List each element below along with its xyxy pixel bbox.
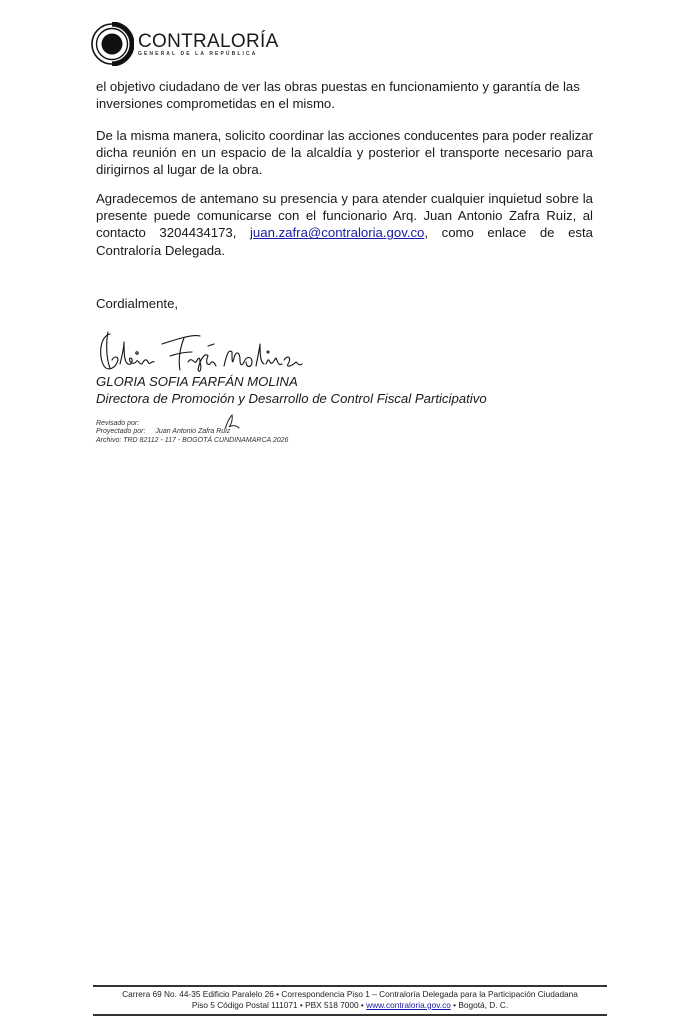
paragraph-contact: Agradecemos de antemano su presencia y p… <box>96 190 593 259</box>
contraloria-circle-logo-icon <box>90 22 134 66</box>
footer-line-2: Piso 5 Código Postal 111071 • PBX 518 70… <box>93 1000 607 1011</box>
handwritten-signature-icon <box>96 322 306 379</box>
contraloria-logo: CONTRALORÍA GENERAL DE LA REPÚBLICA <box>90 22 279 66</box>
archive-row: Archivo: TRD 82112 - 117 - BOGOTÁ CUNDIN… <box>96 437 288 445</box>
projected-by-value: Juan Antonio Zafra Ruiz <box>155 428 230 435</box>
logo-name: CONTRALORÍA <box>138 32 279 51</box>
projected-by-row: Proyectado por:Juan Antonio Zafra Ruiz <box>96 428 288 436</box>
signer-title: Directora de Promoción y Desarrollo de C… <box>96 391 487 406</box>
reviewed-by-label: Revisado por: <box>96 420 139 427</box>
paragraph-coordination: De la misma manera, solicito coordinar l… <box>96 127 593 179</box>
projected-by-label: Proyectado por: <box>96 428 145 435</box>
letter-page: CONTRALORÍA GENERAL DE LA REPÚBLICA el o… <box>0 0 681 1024</box>
logo-subtitle: GENERAL DE LA REPÚBLICA <box>138 52 279 57</box>
footer-line-1: Carrera 69 No. 44-35 Edificio Paralelo 2… <box>93 989 607 1000</box>
document-metadata: Revisado por: Proyectado por:Juan Antoni… <box>96 420 288 445</box>
footer-line-2-text: Piso 5 Código Postal 111071 • PBX 518 70… <box>192 1000 366 1010</box>
footer-rule-bottom <box>93 1014 607 1016</box>
website-link[interactable]: www.contraloria.gov.co <box>366 1000 451 1010</box>
paragraph-objective: el objetivo ciudadano de ver las obras p… <box>96 78 593 112</box>
reviewed-by-row: Revisado por: <box>96 420 288 428</box>
footer-rule-top <box>93 985 607 987</box>
footer-city: • Bogotá, D. C. <box>451 1000 508 1010</box>
signer-name: GLORIA SOFIA FARFÁN MOLINA <box>96 374 298 389</box>
initials-mark-icon <box>222 413 242 436</box>
salutation: Cordialmente, <box>96 296 178 311</box>
contact-email-link[interactable]: juan.zafra@contraloria.gov.co <box>250 225 424 240</box>
footer-address: Carrera 69 No. 44-35 Edificio Paralelo 2… <box>93 989 607 1011</box>
